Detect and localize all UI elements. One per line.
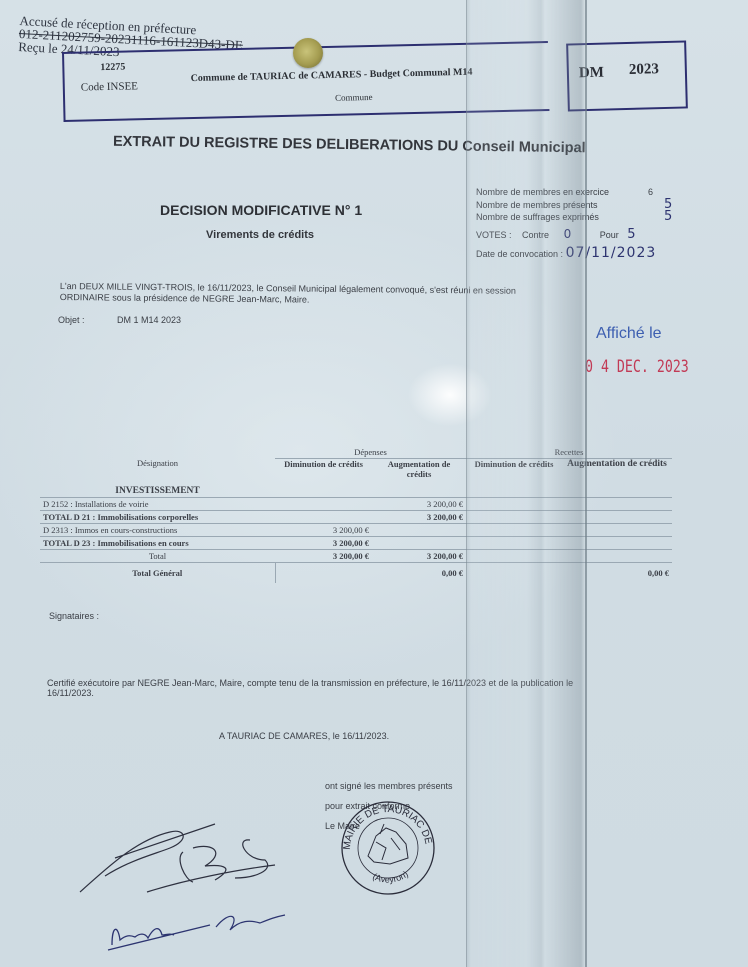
- object-value: DM 1 M14 2023: [117, 315, 181, 325]
- row-value-dep-dim: [275, 511, 372, 524]
- designation-header: Désignation: [40, 446, 275, 479]
- posted-date-stamp: 0 4 DEC. 2023: [585, 357, 689, 377]
- row-value-dep-dim: 3 200,00 €: [275, 524, 372, 537]
- sub-header: Diminution de crédits: [275, 459, 372, 480]
- mayor-signature-icon: [75, 820, 285, 900]
- votes-cast-value: 5: [664, 211, 672, 224]
- section-label: INVESTISSEMENT: [40, 479, 275, 498]
- members-in-office-value: 6: [648, 186, 653, 199]
- member-signatures-icon: [100, 905, 290, 960]
- dm-year: 2023: [629, 61, 659, 79]
- svg-text:(Aveyron): (Aveyron): [371, 869, 410, 885]
- grand-total-label: Total Général: [40, 563, 275, 583]
- seal-bottom-text: (Aveyron): [371, 869, 410, 885]
- sub-header: Augmentation de crédits: [372, 459, 466, 480]
- seal-top-text: MAIRIE DE TAURIAC DE CAMARES: [336, 798, 434, 850]
- row-value-dep-aug: [372, 524, 466, 537]
- row-label: TOTAL D 23 : Immobilisations en cours: [40, 537, 275, 550]
- place-date: A TAURIAC DE CAMARES, le 16/11/2023.: [219, 731, 389, 741]
- posted-label: Affiché le: [596, 325, 662, 343]
- row-value-dep-aug: 3 200,00 €: [372, 511, 466, 524]
- row-value-dep-dim: [275, 498, 372, 511]
- row-value-dep-dim: 3 200,00 €: [275, 550, 372, 563]
- object-label: Objet :: [58, 315, 85, 325]
- svg-text:MAIRIE DE TAURIAC DE CAMARES: MAIRIE DE TAURIAC DE CAMARES: [336, 798, 434, 850]
- plastic-strip-overlay: [466, 0, 587, 967]
- row-label: D 2152 : Installations de voirie: [40, 498, 275, 511]
- expenses-header: Dépenses: [275, 446, 466, 459]
- for-label: Pour: [600, 230, 619, 240]
- insee-code: 12275: [100, 62, 125, 74]
- object-row: Objet : DM 1 M14 2023: [58, 315, 181, 325]
- row-label: D 2313 : Immos en cours-constructions: [40, 524, 275, 537]
- intro-paragraph: L'an DEUX MILLE VINGT-TROIS, le 16/11/20…: [60, 281, 516, 308]
- row-value-dep-aug: 3 200,00 €: [372, 498, 466, 511]
- commune-title: Commune de TAURIAC de CAMARES - Budget C…: [191, 67, 473, 84]
- row-label: TOTAL D 21 : Immobilisations corporelles: [40, 511, 275, 524]
- row-label: Total: [40, 550, 275, 563]
- row-value-dep-aug: 3 200,00 €: [372, 550, 466, 563]
- signatories-label: Signataires :: [49, 611, 99, 621]
- decision-subtitle: Virements de crédits: [206, 229, 314, 241]
- row-value-dep-dim: 3 200,00 €: [275, 537, 372, 550]
- decision-title: DECISION MODIFICATIVE N° 1: [160, 202, 362, 218]
- mairie-seal-icon: MAIRIE DE TAURIAC DE CAMARES (Aveyron): [336, 798, 440, 896]
- grand-total-expenses: 0,00 €: [372, 563, 466, 583]
- for-value: 5: [627, 227, 635, 242]
- commune-label: Commune: [335, 92, 373, 103]
- closing-line-1: ont signé les membres présents: [325, 776, 453, 796]
- pushpin-icon: [293, 38, 323, 68]
- row-value-dep-aug: [372, 537, 466, 550]
- insee-label: Code INSEE: [81, 80, 138, 93]
